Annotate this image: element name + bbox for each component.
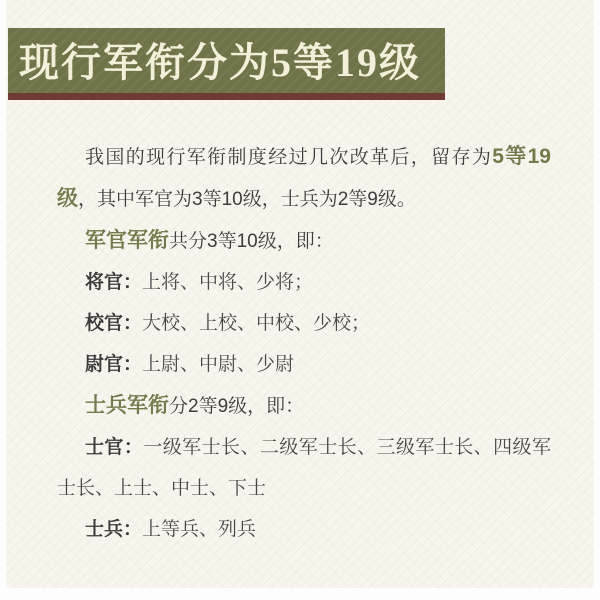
article-body: 我国的现行军衔制度经过几次改革后，留存为5等19级，其中军官为3等10级，士兵为… [57, 136, 551, 550]
paragraph-intro: 我国的现行军衔制度经过几次改革后，留存为5等19级，其中军官为3等10级，士兵为… [57, 136, 551, 220]
generals-ranks: 上将、中将、少将； [142, 272, 313, 293]
soldiers-label: 士兵： [85, 519, 142, 540]
paragraph-junior-officers: 尉官：上尉、中尉、少尉 [57, 344, 551, 385]
page-background: 现行军衔分为5等19级 我国的现行军衔制度经过几次改革后，留存为5等19级，其中… [6, 0, 594, 588]
ncos-label: 士官： [85, 437, 143, 458]
paragraph-field-officers: 校官：大校、上校、中校、少校； [57, 303, 551, 344]
junior-officers-ranks: 上尉、中尉、少尉 [142, 354, 294, 375]
soldiers-ranks: 上等兵、列兵 [142, 519, 256, 540]
page-title: 现行军衔分为5等19级 [19, 40, 421, 85]
junior-officers-label: 尉官： [85, 354, 142, 375]
paragraph-generals: 将官：上将、中将、少将； [57, 262, 551, 303]
officer-intro-text: 共分3等10级，即： [169, 231, 334, 252]
field-officers-ranks: 大校、上校、中校、少校； [142, 313, 370, 334]
generals-label: 将官： [85, 272, 142, 293]
field-officers-label: 校官： [85, 313, 142, 334]
paragraph-officer-intro: 军官军衔共分3等10级，即： [57, 220, 551, 262]
paragraph-soldier-intro: 士兵军衔分2等9级，即： [57, 385, 551, 427]
paragraph-ncos: 士官：一级军士长、二级军士长、三级军士长、四级军士长、上士、中士、下士 [57, 427, 551, 509]
intro-text-post: ，其中军官为3等10级，士兵为2等9级。 [78, 189, 416, 210]
soldier-intro-text: 分2等9级，即： [169, 396, 304, 417]
intro-text-pre: 我国的现行军衔制度经过几次改革后，留存为 [85, 147, 492, 168]
title-banner: 现行军衔分为5等19级 [8, 28, 445, 100]
paragraph-soldiers: 士兵：上等兵、列兵 [57, 509, 551, 550]
soldier-rank-highlight: 士兵军衔 [85, 394, 169, 417]
officer-rank-highlight: 军官军衔 [85, 229, 169, 252]
